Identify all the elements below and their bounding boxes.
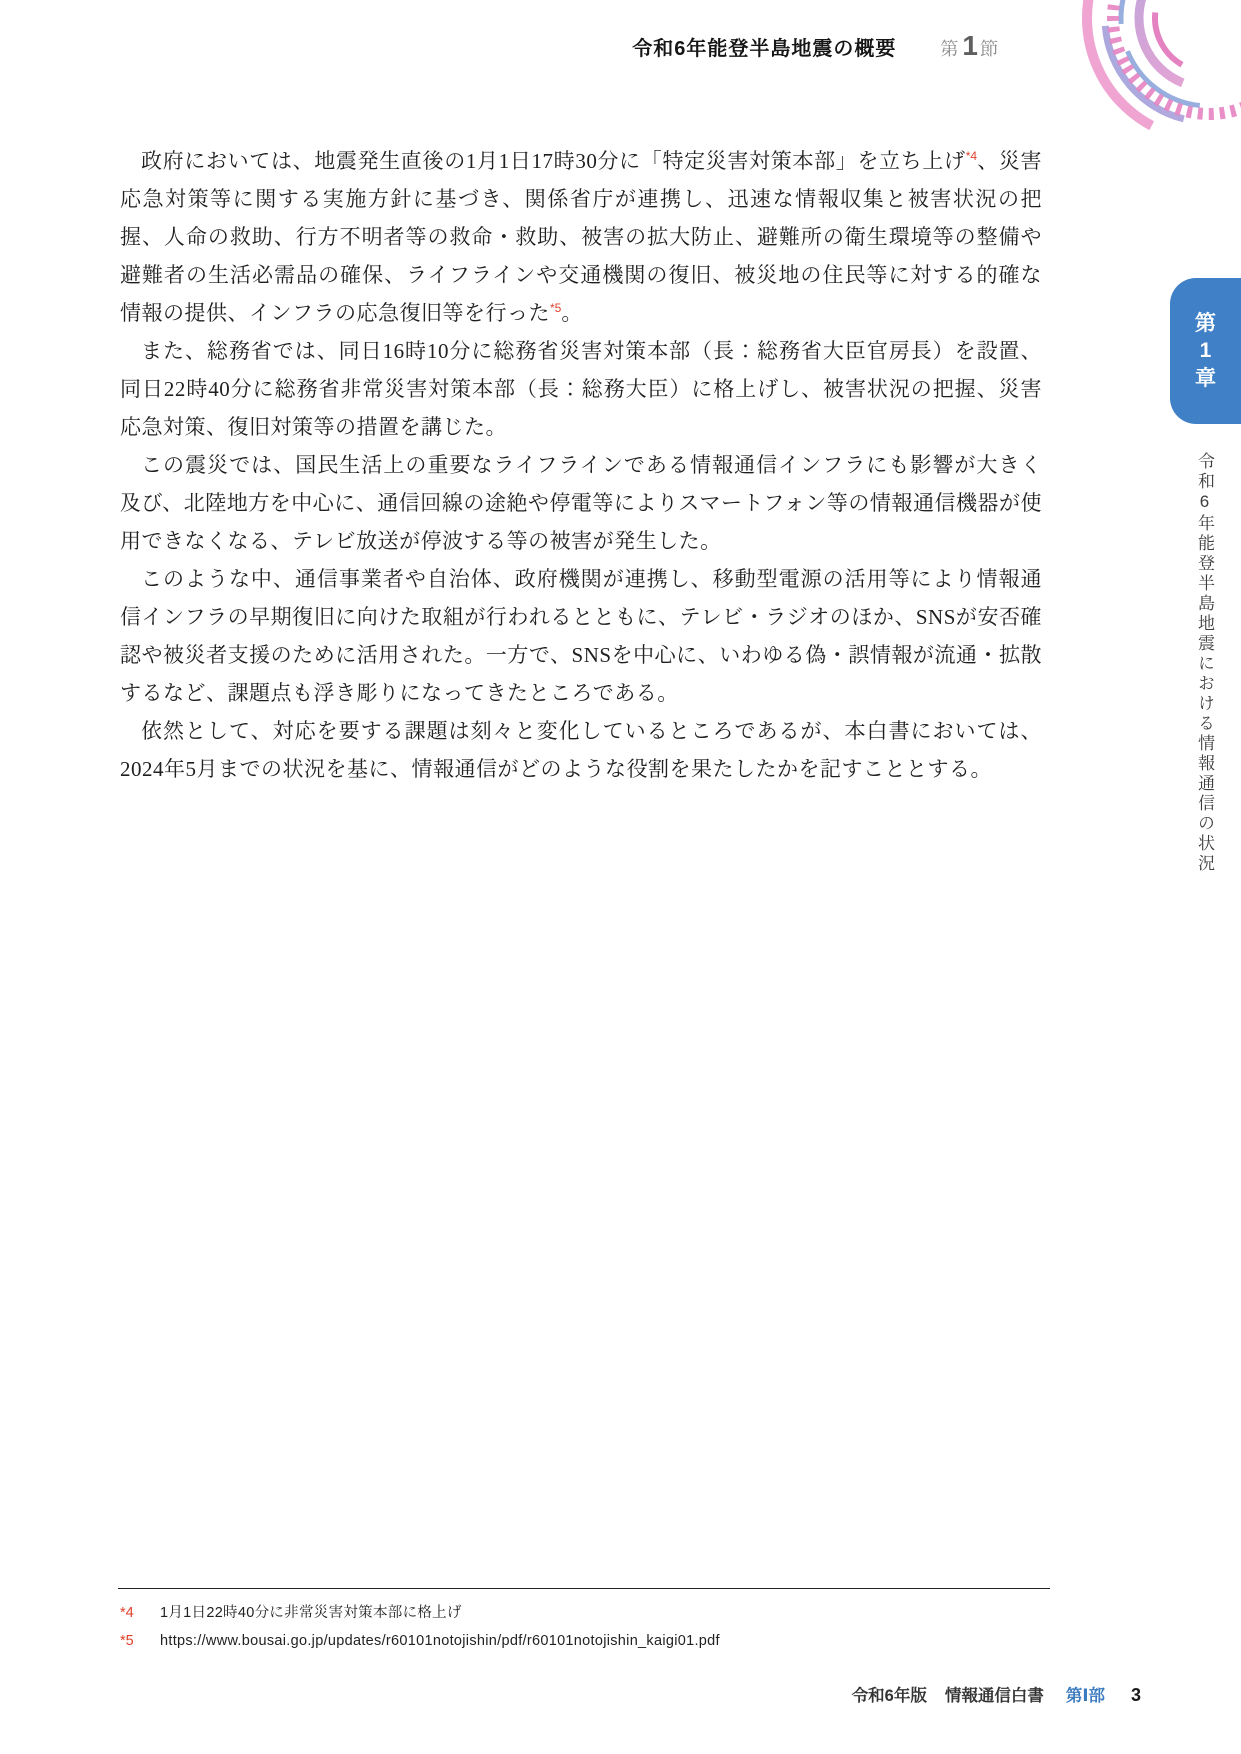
decorative-arcs-graphic bbox=[991, 0, 1241, 150]
chapter-vertical-title: 令和6年能登半島地震における情報通信の状況 bbox=[1192, 452, 1217, 874]
footnote-marker: *4 bbox=[120, 1599, 160, 1627]
page-footer: 令和6年版 情報通信白書 第Ⅰ部 3 bbox=[852, 1682, 1141, 1706]
footnote-text: 1月1日22時40分に非常災害対策本部に格上げ bbox=[160, 1599, 462, 1627]
footnote-divider bbox=[118, 1588, 1050, 1589]
chapter-suffix: 章 bbox=[1195, 365, 1216, 392]
footnote-item: *41月1日22時40分に非常災害対策本部に格上げ bbox=[120, 1599, 1050, 1627]
chapter-number: 1 bbox=[1200, 337, 1212, 364]
page-number: 3 bbox=[1131, 1685, 1141, 1706]
footnote-item: *5https://www.bousai.go.jp/updates/r6010… bbox=[120, 1627, 1050, 1655]
section-label: 第1節 bbox=[940, 30, 1000, 62]
paragraph: このような中、通信事業者や自治体、政府機関が連携し、移動型電源の活用等により情報… bbox=[120, 560, 1042, 712]
paragraph: 依然として、対応を要する課題は刻々と変化しているところであるが、本白書においては… bbox=[120, 712, 1042, 788]
footer-title: 情報通信白書 bbox=[945, 1682, 1044, 1706]
chapter-tab: 第 1 章 bbox=[1170, 278, 1241, 424]
section-label-suffix: 節 bbox=[980, 39, 1000, 59]
footnote-marker: *5 bbox=[120, 1627, 160, 1655]
paragraph: この震災では、国民生活上の重要なライフラインである情報通信インフラにも影響が大き… bbox=[120, 446, 1042, 560]
footnote-link[interactable]: https://www.bousai.go.jp/updates/r60101n… bbox=[160, 1627, 720, 1655]
section-label-prefix: 第 bbox=[940, 39, 960, 59]
document-page: 令和6年能登半島地震の概要 第1節 政府においては、地震発生直後の1月1日17 bbox=[0, 0, 1241, 1754]
body-paragraphs: 政府においては、地震発生直後の1月1日17時30分に「特定災害対策本部」を立ち上… bbox=[120, 142, 1042, 788]
paragraph: 政府においては、地震発生直後の1月1日17時30分に「特定災害対策本部」を立ち上… bbox=[120, 142, 1042, 332]
chapter-prefix: 第 bbox=[1195, 310, 1216, 337]
paragraph: また、総務省では、同日16時10分に総務省災害対策本部（長：総務省大臣官房長）を… bbox=[120, 332, 1042, 446]
page-header: 令和6年能登半島地震の概要 第1節 bbox=[632, 30, 1000, 62]
chapter-tab-label: 第 1 章 bbox=[1195, 310, 1216, 392]
footer-part-label: 第Ⅰ部 bbox=[1066, 1682, 1105, 1706]
footnote-list: *41月1日22時40分に非常災害対策本部に格上げ*5https://www.b… bbox=[120, 1599, 1050, 1655]
footnote-ref[interactable]: *5 bbox=[550, 301, 561, 315]
footer-edition: 令和6年版 bbox=[852, 1682, 927, 1706]
running-head-title: 令和6年能登半島地震の概要 bbox=[632, 32, 896, 61]
footnote-ref[interactable]: *4 bbox=[966, 149, 977, 163]
section-number: 1 bbox=[960, 30, 980, 61]
